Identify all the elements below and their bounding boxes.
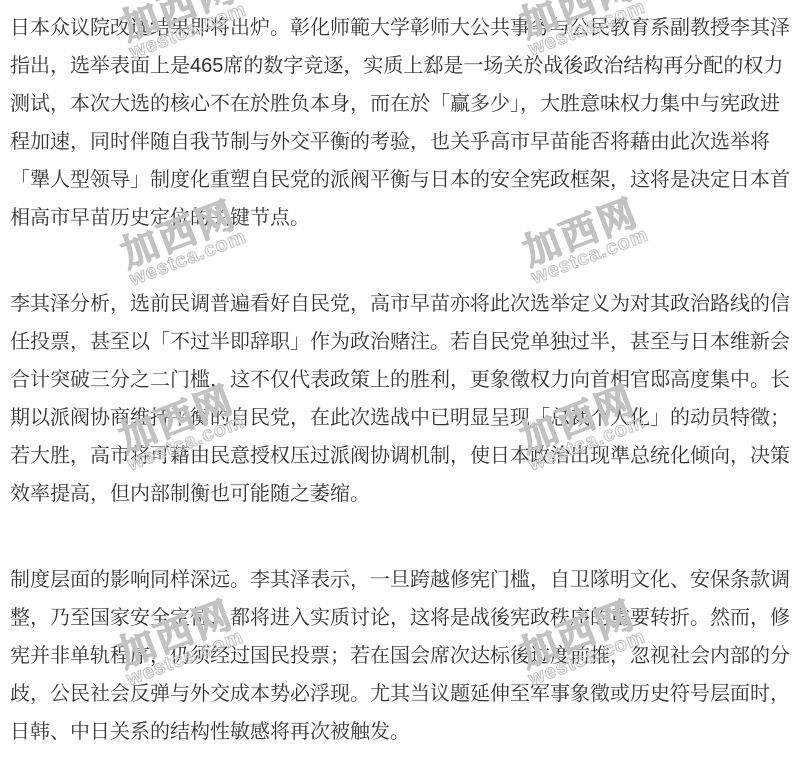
text-line: 程加速，同时伴随自我节制与外交平衡的考验，也关乎高市早苗能否将藉由此次选举将 (10, 123, 790, 161)
text-line: 合计突破三分之二门槛，这不仅代表政策上的胜利，更象徵权力向首相官邸高度集中。长 (10, 361, 790, 399)
text-line: 效率提高，但内部制衡也可能随之萎缩。 (10, 475, 790, 513)
paragraph-1: 日本众议院改选结果即将出炉。彰化师範大学彰师大公共事务与公民教育系副教授李其泽 … (10, 9, 790, 237)
text-line: 测试，本次大选的核心不在於胜负本身，而在於「赢多少」，大胜意味权力集中与宪政进 (10, 85, 790, 123)
text-line: 日本众议院改选结果即将出炉。彰化师範大学彰师大公共事务与公民教育系副教授李其泽 (10, 9, 790, 47)
text-line: 若大胜，高市将可藉由民意授权压过派阀协调机制，使日本政治出现準总统化倾向，决策 (10, 437, 790, 475)
text-line: 相高市早苗历史定位的关键节点。 (10, 199, 790, 237)
text-line: 指出，选举表面上是465席的数字竞逐，实质上郄是一场关於战後政治结构再分配的权力 (10, 47, 790, 85)
text-line: 任投票，甚至以「不过半即辞职」作为政治赌注。若自民党单独过半，甚至与日本维新会 (10, 323, 790, 361)
text-line: 歧，公民社会反弹与外交成本势必浮现。尤其当议题延伸至军事象徵或历史符号层面时， (10, 675, 790, 713)
text-line: 整，乃至国家安全定位，都将进入实质讨论，这将是战後宪政秩序的重要转折。然而，修 (10, 599, 790, 637)
text-line: 宪并非单轨程序，仍须经过国民投票；若在国会席次达标後过度前推，忽视社会内部的分 (10, 637, 790, 675)
text-line: 李其泽分析，选前民调普遍看好自民党，高市早苗亦将此次选举定义为对其政治路线的信 (10, 285, 790, 323)
text-line: 期以派阀协商维持平衡的自民党，在此次选战中已明显呈现「总裁个人化」的动员特徵； (10, 399, 790, 437)
text-line: 日韩、中日关系的结构性敏感将再次被触发。 (10, 713, 790, 751)
paragraph-2: 李其泽分析，选前民调普遍看好自民党，高市早苗亦将此次选举定义为对其政治路线的信 … (10, 285, 790, 513)
paragraph-3: 制度层面的影响同样深远。李其泽表示，一旦跨越修宪门槛，自卫隊明文化、安保条款调 … (10, 561, 790, 751)
article-body: 日本众议院改选结果即将出炉。彰化师範大学彰师大公共事务与公民教育系副教授李其泽 … (10, 9, 790, 751)
text-line: 制度层面的影响同样深远。李其泽表示，一旦跨越修宪门槛，自卫隊明文化、安保条款调 (10, 561, 790, 599)
text-line: 「犟人型领导」制度化重塑自民党的派阀平衡与日本的安全宪政框架，这将是决定日本首 (10, 161, 790, 199)
